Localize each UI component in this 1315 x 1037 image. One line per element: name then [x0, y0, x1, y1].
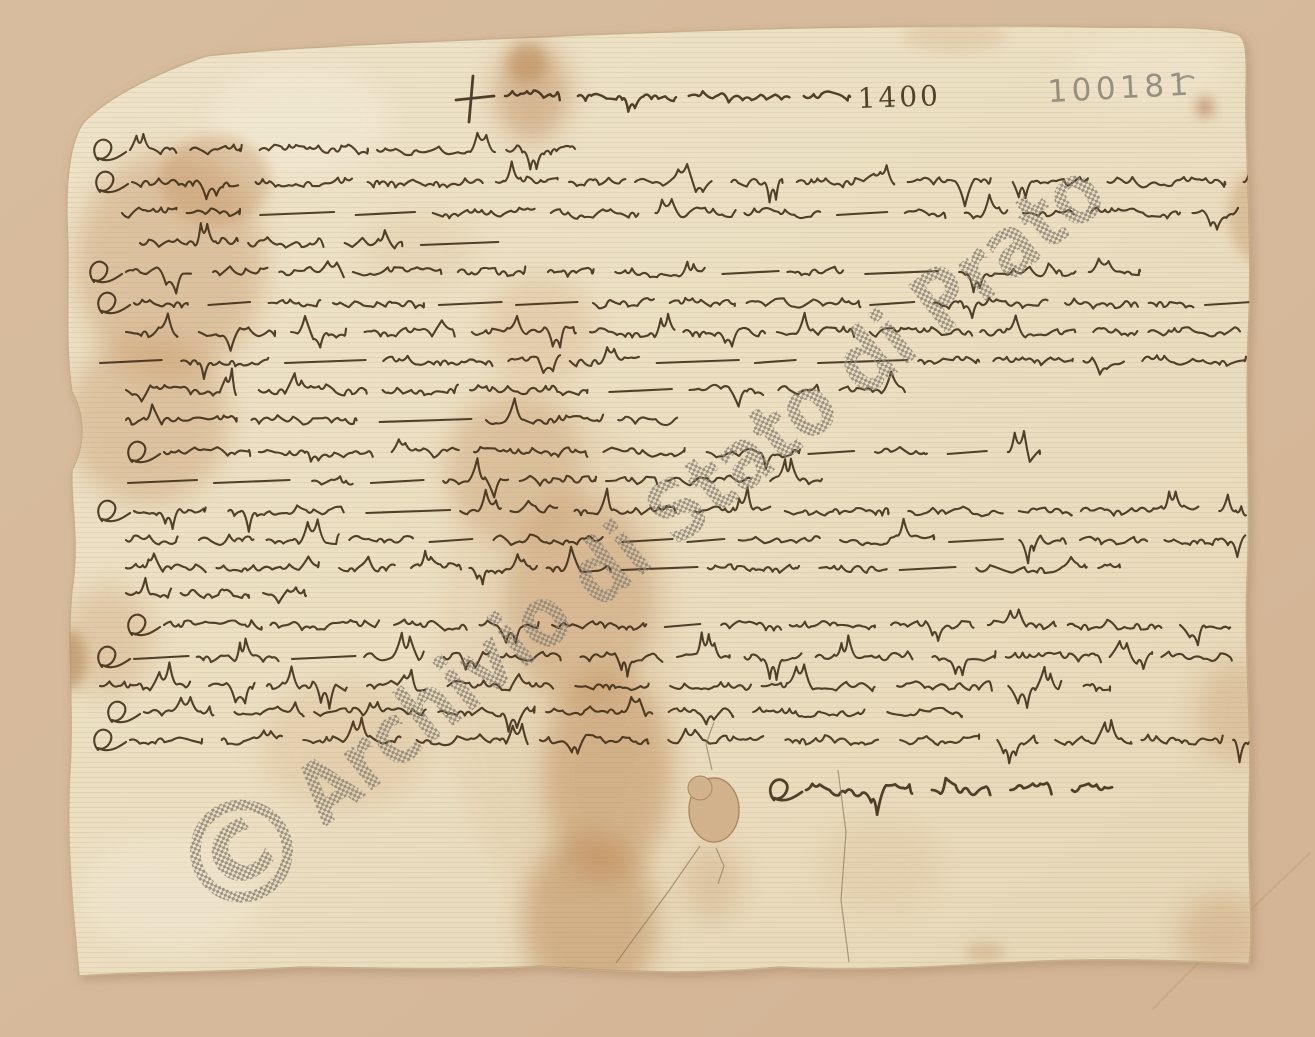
stain: [965, 942, 1005, 962]
archive-number: 100181: [1047, 67, 1194, 111]
stain: [820, 817, 940, 913]
heading-year: 1400: [857, 79, 941, 115]
stain: [507, 43, 547, 83]
manuscript-scan-viewport: 1400 100181 © Archivio di Stato di Prato: [0, 0, 1315, 1037]
paper-content: 1400 100181 © Archivio di Stato di Prato: [54, 20, 1309, 1005]
stain: [682, 842, 742, 922]
archive-number-group: 100181: [1047, 66, 1196, 110]
stain: [360, 210, 480, 290]
paper-hole: [688, 776, 739, 842]
stain: [1197, 97, 1213, 117]
hole-shape: [688, 776, 712, 800]
manuscript-scan: 1400 100181 © Archivio di Stato di Prato: [0, 0, 1315, 1037]
